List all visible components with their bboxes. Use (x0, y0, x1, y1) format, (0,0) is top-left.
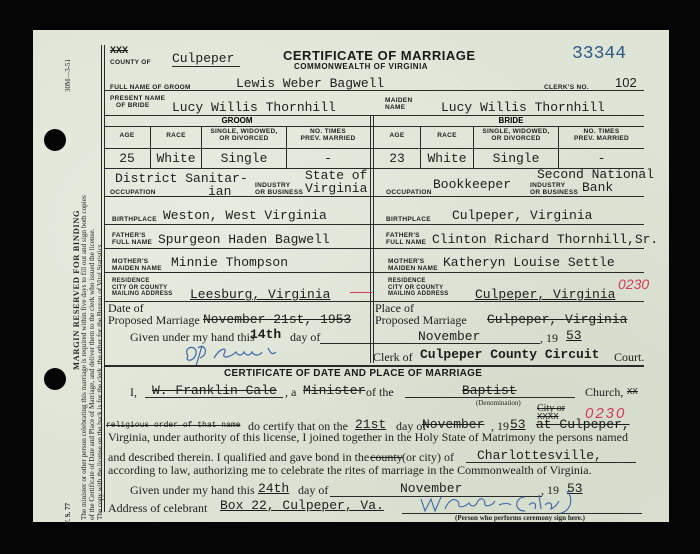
label-line: FATHER'S (112, 232, 152, 239)
label-line: NO. TIMES (559, 128, 644, 135)
religious-order-struck: religious order of that name (106, 421, 240, 430)
groom-occupation-label: OCCUPATION (110, 189, 156, 196)
label-line: OR BUSINESS (255, 189, 303, 196)
label-line: NO. TIMES (287, 128, 369, 135)
bride-age-header: AGE (374, 132, 420, 139)
proposed-place: Culpeper, Virginia (487, 312, 627, 327)
groom-name-value: Lewis Weber Bagwell (236, 76, 384, 91)
margin-rule (101, 45, 102, 512)
groom-times-header: NO. TIMESPREV. MARRIED (287, 128, 369, 142)
certificate-subtitle: COMMONWEALTH OF VIRGINIA (294, 62, 428, 71)
bride-father: Clinton Richard Thornhill,Sr. (432, 232, 658, 247)
groom-residence: Leesburg, Virginia (190, 287, 330, 302)
license-given-year: 53 (566, 328, 582, 343)
proposed-date: November 21st, 1953 (203, 312, 351, 327)
bride-times-married: - (559, 151, 644, 166)
bride-age: 23 (374, 151, 420, 166)
groom-industry-label: INDUSTRYOR BUSINESS (255, 182, 303, 196)
groom-age: 25 (104, 151, 150, 166)
label-line: MAIDEN NAME (388, 265, 438, 272)
red-pencil-mark (350, 292, 372, 293)
groom-times-married: - (287, 151, 369, 166)
label-line: FULL NAME (112, 239, 152, 246)
license-given-month: November (418, 329, 480, 344)
church-label: Church, (585, 385, 623, 400)
label-line: PREV. MARRIED (287, 135, 369, 142)
groom-residence-label: RESIDENCECITY OR COUNTYMAILING ADDRESS (112, 278, 173, 298)
bride-times-header: NO. TIMESPREV. MARRIED (559, 128, 644, 142)
of-the-label: of the (366, 385, 394, 400)
groom-industry-2: Virginia (305, 181, 367, 196)
groom-race: White (151, 151, 201, 166)
binding-hole-top (44, 129, 66, 151)
clerk-no-value: 102 (615, 75, 637, 90)
bride-header: BRIDE (378, 116, 644, 125)
bride-race: White (421, 151, 473, 166)
court-label: Court. (614, 350, 644, 365)
groom-mother: Minnie Thompson (171, 255, 288, 270)
form-code: 30M—3-51 (64, 59, 72, 92)
groom-mother-label: MOTHER'SMAIDEN NAME (112, 258, 162, 272)
bride-race-header: RACE (421, 132, 473, 139)
bride-occupation-label: OCCUPATION (386, 189, 432, 196)
celebrant-address: Box 22, Culpeper, Va. (220, 498, 384, 513)
groom-race-header: RACE (151, 132, 201, 139)
groom-status-header: SINGLE, WIDOWED,OR DIVORCED (202, 128, 286, 142)
church-struck: XX (627, 387, 638, 397)
bride-maiden-label: MAIDEN NAME (385, 97, 412, 111)
label-line: OR DIVORCED (474, 135, 558, 142)
celebrant-title: Minister (303, 383, 365, 398)
bride-status-header: SINGLE, WIDOWED,OR DIVORCED (474, 128, 558, 142)
label-line: MAILING ADDRESS (112, 291, 173, 298)
label-line: Proposed Marriage (108, 314, 200, 326)
date-label: Date ofProposed Marriage (108, 302, 200, 326)
ceremony-given-day-of: day of (298, 483, 328, 498)
label-line: OF BRIDE (110, 102, 165, 109)
clerk-of-label: Clerk of (373, 350, 413, 365)
bride-residence-label: RESIDENCECITY OR COUNTYMAILING ADDRESS (388, 278, 449, 298)
label-line: FULL NAME (386, 239, 426, 246)
label-line: MOTHER'S (112, 258, 162, 265)
label-line: MAIDEN NAME (112, 265, 162, 272)
place-label: Place ofProposed Marriage (375, 302, 467, 326)
label-line: INDUSTRY (255, 182, 303, 189)
clerk-signature (180, 342, 295, 364)
county-value: Culpeper (172, 51, 240, 67)
license-given-day: 14th (250, 327, 281, 342)
ceremony-header: CERTIFICATE OF DATE AND PLACE OF MARRIAG… (224, 368, 482, 379)
groom-age-header: AGE (104, 132, 150, 139)
label-line: MOTHER'S (388, 258, 438, 265)
i-label: I, (130, 385, 137, 400)
groom-birthplace-label: BIRTHPLACE (112, 216, 157, 223)
celebrant-name: W. Franklin Cale (152, 383, 277, 398)
denomination-value: Baptist (462, 383, 517, 398)
a-label: , a (285, 385, 296, 400)
ceremony-given-prefix: Given under my hand this (130, 483, 255, 498)
bride-industry-label: INDUSTRYOR BUSINESS (530, 182, 578, 196)
groom-header: GROOM (104, 116, 370, 125)
bride-present-value: Lucy Willis Thornhill (172, 100, 336, 115)
red-code-upper: 0230 (618, 276, 649, 292)
bond-city: Charlottesville, (477, 448, 602, 463)
bride-birthplace: Culpeper, Virginia (452, 208, 592, 223)
form-number: V. S. 77 (64, 503, 72, 525)
margin-instructions-3: The copy with the license on the back is… (96, 243, 104, 520)
bride-mother: Katheryn Louise Settle (443, 255, 615, 270)
margin-instructions-2: of the Certificate of Date and Place of … (88, 229, 96, 520)
bride-occupation: Bookkeeper (433, 177, 511, 192)
bride-mother-label: MOTHER'SMAIDEN NAME (388, 258, 438, 272)
license-year-prefix: , 19 (540, 331, 558, 346)
ceremony-line-4: according to law, authorizing me to cele… (108, 463, 592, 478)
label-line: PRESENT NAME (110, 95, 165, 102)
label-line: SINGLE, WIDOWED, (202, 128, 286, 135)
certificate-title: CERTIFICATE OF MARRIAGE (283, 48, 476, 63)
celebrant-signature (415, 491, 615, 515)
label-line: FATHER'S (386, 232, 426, 239)
bride-status: Single (474, 151, 558, 166)
denomination-caption: (Denomination) (476, 399, 521, 407)
clerk-of-value: Culpeper County Circuit (420, 347, 599, 362)
groom-birthplace: Weston, West Virginia (163, 208, 327, 223)
label-line: SINGLE, WIDOWED, (474, 128, 558, 135)
bride-birthplace-label: BIRTHPLACE (386, 216, 431, 223)
label-line: OR BUSINESS (530, 189, 578, 196)
ceremony-given-day: 24th (258, 481, 289, 496)
county-label: COUNTY OF (110, 59, 151, 66)
label-line: INDUSTRY (530, 182, 578, 189)
groom-status: Single (202, 151, 286, 166)
binding-hole-bottom (44, 368, 66, 390)
bride-industry-2: Bank (582, 180, 613, 195)
groom-father-label: FATHER'SFULL NAME (112, 232, 152, 246)
bride-residence: Culpeper, Virginia (475, 287, 615, 302)
label-line: MAILING ADDRESS (388, 291, 449, 298)
label-line: MAIDEN (385, 97, 412, 104)
label-line: PREV. MARRIED (559, 135, 644, 142)
bride-father-label: FATHER'SFULL NAME (386, 232, 426, 246)
label-line: Proposed Marriage (375, 314, 467, 326)
label-line: OR DIVORCED (202, 135, 286, 142)
ceremony-line-2: Virginia, under authority of this licens… (108, 430, 628, 445)
groom-father: Spurgeon Haden Bagwell (158, 232, 330, 247)
struck-prefix: XXX (110, 46, 128, 57)
bride-present-label: PRESENT NAME OF BRIDE (110, 95, 165, 109)
label-line: NAME (385, 104, 412, 111)
bride-maiden-value: Lucy Willis Thornhill (441, 100, 605, 115)
margin-instructions-1: The minister or other person celebrating… (80, 195, 88, 520)
serial-number: 33344 (572, 44, 626, 64)
address-label: Address of celebrant (108, 501, 207, 516)
signature-caption: (Person who performs ceremony sign here.… (455, 514, 585, 522)
